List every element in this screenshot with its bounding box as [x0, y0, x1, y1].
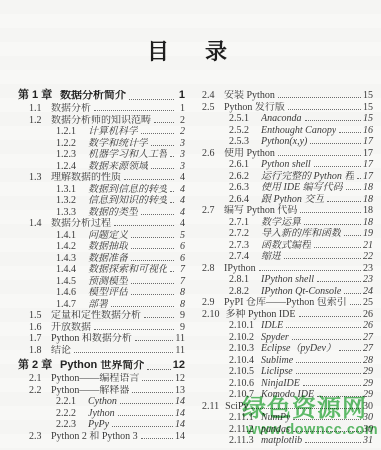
dot-leader [259, 270, 361, 271]
toc-entry: 1.4.6模型评估8 [18, 287, 185, 299]
toc-entry-page: 12 [175, 373, 185, 384]
toc-entry-title: 数据的类型 [88, 207, 138, 218]
toc-entry-title: 数据抽取 [88, 241, 128, 252]
dot-leader [314, 166, 361, 167]
toc-entry: 2.2Python——解释器13 [18, 385, 185, 397]
toc-entry: 1.2数据分析师的知识范畴2 [18, 115, 185, 127]
toc-entry: 2.10多种 Python IDE26 [191, 309, 373, 321]
toc-entry-title: 理解数据的性质 [51, 172, 121, 183]
toc-entry-title: 开放数据 [51, 322, 91, 333]
toc-entry-page: 17 [363, 136, 373, 147]
toc-entry: 2.2.3PyPy14 [18, 419, 185, 431]
toc-entry: 2.5Python 发行版15 [191, 102, 373, 114]
toc-entry: 2.5.1Anaconda15 [191, 113, 373, 125]
toc-entry: 2.6.1Python shell17 [191, 159, 373, 171]
toc-entry-title: 数据分析师的知识范畴 [51, 115, 151, 126]
toc-entry: 2.6.2运行完整的 Python 程序17 [191, 171, 373, 183]
toc-entry-number: 2.8 [202, 263, 218, 274]
toc-entry-page: 26 [363, 309, 373, 320]
toc-entry-page: 7 [176, 264, 185, 275]
toc-page: 目 录 第 1 章数据分析简介11.1数据分析11.2数据分析师的知识范畴21.… [0, 0, 381, 450]
toc-entry: 2.9PyPI 仓库——Python 包索引25 [191, 297, 373, 309]
toc-entry: 2.7.4缩进22 [191, 251, 373, 263]
dot-leader [284, 258, 361, 259]
dot-leader [131, 237, 174, 238]
toc-entry: 2.7.2导入新的库和函数19 [191, 228, 373, 240]
toc-entry-number: 1.3.3 [56, 207, 82, 218]
toc-entry-title: Python——编程语言 [51, 373, 139, 384]
toc-entry-number: 1.5 [29, 310, 45, 321]
toc-entry-title: 使用 IDE 编写代码 [261, 182, 343, 193]
toc-entry-number: 1.4.7 [56, 299, 82, 310]
toc-entry: 2.7.3函数式编程21 [191, 240, 373, 252]
toc-entry-number: 2.10.4 [229, 355, 255, 366]
toc-entry-title: Python 发行版 [224, 102, 285, 113]
toc-entry: 1.3.1数据到信息的转变4 [18, 184, 185, 196]
toc-entry: 1.7Python 和数据分析11 [18, 333, 185, 345]
toc-entry: 1.2.2数学和统计学3 [18, 138, 185, 150]
toc-entry-page: 13 [175, 385, 185, 396]
toc-entry: 2.6.4跟 Python 交互18 [191, 194, 373, 206]
toc-entry: 2.6.3使用 IDE 编写代码18 [191, 182, 373, 194]
toc-entry-number: 2.5.1 [229, 113, 255, 124]
toc-entry: 1.4数据分析过程4 [18, 218, 185, 230]
dot-leader [286, 327, 361, 328]
toc-entry: 1.1数据分析1 [18, 103, 185, 115]
toc-entry-number: 2.2 [29, 385, 45, 396]
toc-entry: 1.6开放数据9 [18, 322, 185, 334]
toc-entry: 1.3.3数据的类型4 [18, 207, 185, 219]
dot-leader [141, 438, 173, 439]
toc-entry-number: 2.7.4 [229, 251, 255, 262]
toc-entry-page: 29 [363, 366, 373, 377]
toc-entry: 2.10.5Liclipse29 [191, 366, 373, 378]
toc-entry-page: 24 [363, 286, 373, 297]
toc-entry: 2.5.3Python(x,y)17 [191, 136, 373, 148]
toc-entry-title: 运行完整的 Python 程序 [261, 171, 354, 182]
dot-leader [151, 145, 174, 146]
dot-leader [74, 352, 173, 353]
toc-entry-page: 4 [176, 184, 185, 195]
toc-entry: 1.4.2数据抽取6 [18, 241, 185, 253]
dot-leader [314, 247, 361, 248]
toc-entry-number: 1.4.5 [56, 276, 82, 287]
toc-entry-title: 导入新的库和函数 [261, 228, 341, 239]
toc-entry-number: 1.3.2 [56, 195, 82, 206]
dot-leader [317, 281, 361, 282]
toc-entry-title: Cython [88, 396, 117, 407]
dot-leader [111, 306, 174, 307]
dot-leader [131, 294, 174, 295]
toc-entry-title: 数据分析 [51, 103, 91, 114]
toc-entry-page: 8 [176, 287, 185, 298]
toc-entry-title: Eclipse（pyDev） [261, 343, 336, 354]
toc-entry-title: 结论 [51, 345, 71, 356]
toc-entry-page: 18 [363, 182, 373, 193]
toc-entry-title: 缩进 [261, 251, 281, 262]
dot-leader [131, 260, 174, 261]
toc-entry-page: 29 [363, 378, 373, 389]
toc-entry-title: 数据来源领域 [88, 161, 148, 172]
dot-leader [142, 380, 173, 381]
toc-entry-title: 问题定义 [88, 230, 128, 241]
toc-entry: 1.2.3机器学习和人工智能3 [18, 149, 185, 161]
toc-entry-page: 3 [176, 138, 185, 149]
toc-entry-page: 6 [176, 241, 185, 252]
toc-entry-page: 21 [363, 240, 373, 251]
dot-leader [278, 155, 361, 156]
toc-entry-page: 2 [176, 115, 185, 126]
toc-entry: 1.5定量和定性数据分析9 [18, 310, 185, 322]
toc-entry: 2.7编写 Python 代码18 [191, 205, 373, 217]
toc-entry-page: 27 [363, 343, 373, 354]
dot-leader [94, 329, 174, 330]
toc-entry-page: 8 [176, 299, 185, 310]
toc-entry-title: Liclipse [261, 366, 293, 377]
toc-entry-page: 28 [363, 355, 373, 366]
toc-entry: 2.10.2Spyder27 [191, 332, 373, 344]
dot-leader [344, 293, 361, 294]
toc-entry-title: 定量和定性数据分析 [51, 310, 141, 321]
toc-entry-page: 14 [175, 408, 185, 419]
toc-entry-number: 2.10.2 [229, 332, 255, 343]
toc-entry: 2.10.3Eclipse（pyDev）27 [191, 343, 373, 355]
toc-entry: 1.3.2信息到知识的转变4 [18, 195, 185, 207]
toc-entry: 2.7.1数学运算18 [191, 217, 373, 229]
toc-entry-title: Anaconda [261, 113, 302, 124]
toc-entry-number: 第 2 章 [18, 360, 54, 371]
toc-entry-page: 14 [175, 431, 185, 442]
toc-entry-number: 1.2.4 [56, 161, 82, 172]
toc-entry: 1.4.7部署8 [18, 299, 185, 311]
toc-entry-number: 1.7 [29, 333, 45, 344]
dot-leader [131, 283, 174, 284]
toc-entry-page: 30 [363, 424, 373, 435]
dot-leader [292, 339, 361, 340]
toc-entry-page: 18 [363, 217, 373, 228]
toc-entry-page: 15 [363, 102, 373, 113]
dot-leader [350, 304, 361, 305]
toc-entry-page: 23 [363, 263, 373, 274]
toc-entry-number: 1.1 [29, 103, 45, 114]
toc-entry-title: 数据分析过程 [51, 218, 111, 229]
dot-leader [278, 97, 361, 98]
toc-entry: 1.3理解数据的性质4 [18, 172, 185, 184]
toc-entry-page: 31 [363, 435, 373, 446]
toc-entry-title: 函数式编程 [261, 240, 311, 251]
toc-entry-number: 2.2.1 [56, 396, 82, 407]
toc-entry-number: 1.4.3 [56, 253, 82, 264]
dot-leader [300, 212, 361, 213]
toc-entry: 第 2 章Python 世界简介12 [18, 360, 185, 373]
dot-leader [251, 408, 361, 409]
dot-leader [114, 225, 174, 226]
toc-entry-page: 18 [363, 194, 373, 205]
toc-entry-page: 17 [363, 171, 373, 182]
toc-entry-page: 11 [175, 333, 185, 344]
toc-entry: 2.11.3matplotlib31 [191, 435, 373, 447]
toc-entry-number: 2.6 [202, 148, 218, 159]
toc-entry: 1.8结论11 [18, 345, 185, 357]
dot-leader [296, 362, 361, 363]
toc-entry-number: 1.2.1 [56, 126, 82, 137]
toc-entry-title: 计算机科学 [88, 126, 138, 137]
toc-entry-number: 2.2.2 [56, 408, 82, 419]
toc-entry-number: 2.10.1 [229, 320, 255, 331]
toc-entry-page: 2 [176, 126, 185, 137]
toc-entry-title: Jython [88, 408, 115, 419]
toc-entry-number: 2.2.3 [56, 419, 82, 430]
toc-entry-number: 1.3 [29, 172, 45, 183]
toc-entry-number: 2.10.5 [229, 366, 255, 377]
toc-entry-page: 3 [176, 161, 185, 172]
toc-entry-title: 数学和统计学 [88, 138, 148, 149]
toc-entry-number: 1.2 [29, 115, 45, 126]
toc-entry: 2.8.1IPython shell23 [191, 274, 373, 286]
toc-entry-page: 27 [363, 332, 373, 343]
dot-leader [293, 419, 361, 420]
toc-entry-number: 1.4 [29, 218, 45, 229]
toc-columns: 第 1 章数据分析简介11.1数据分析11.2数据分析师的知识范畴21.2.1计… [0, 90, 381, 447]
dot-leader [147, 369, 170, 370]
dot-leader [94, 110, 174, 111]
toc-entry-number: 2.7.2 [229, 228, 255, 239]
dot-leader [141, 214, 174, 215]
toc-entry-number: 2.11.1 [229, 412, 255, 423]
toc-entry-title: 机器学习和人工智能 [88, 149, 167, 160]
dot-leader [305, 442, 361, 443]
toc-entry-page: 5 [176, 230, 185, 241]
toc-entry-title: SciPy [225, 401, 248, 412]
dot-leader [118, 415, 173, 416]
dot-leader [129, 99, 174, 100]
toc-entry-title: IPython [224, 263, 256, 274]
toc-entry-title: Sublime [261, 355, 293, 366]
dot-leader [170, 191, 174, 192]
toc-entry-number: 2.1 [29, 373, 45, 384]
toc-entry: 第 1 章数据分析简介1 [18, 90, 185, 103]
toc-entry-title: 安装 Python [224, 90, 275, 101]
toc-entry-number: 2.8.1 [229, 274, 255, 285]
toc-entry-page: 12 [173, 360, 185, 371]
toc-entry-title: Python 和数据分析 [51, 333, 132, 344]
toc-entry-title: 数据探索和可视化 [88, 264, 167, 275]
toc-entry-title: Spyder [261, 332, 289, 343]
toc-entry-page: 3 [176, 149, 185, 160]
toc-entry-title: 数学运算 [261, 217, 301, 228]
dot-leader [135, 340, 174, 341]
toc-entry: 2.11SciPy30 [191, 401, 373, 413]
dot-leader [339, 350, 361, 351]
dot-leader [124, 179, 174, 180]
dot-leader [293, 431, 361, 432]
toc-column-left: 第 1 章数据分析简介11.1数据分析11.2数据分析师的知识范畴21.2.1计… [18, 90, 185, 447]
toc-entry-page: 1 [176, 90, 185, 101]
toc-entry-title: IPython Qt-Console [261, 286, 341, 297]
toc-entry-title: pandas [261, 424, 290, 435]
toc-entry-page: 29 [363, 389, 373, 400]
toc-entry: 2.2.1Cython14 [18, 396, 185, 408]
toc-entry-title: Komodo IDE [261, 389, 314, 400]
dot-leader [170, 202, 174, 203]
toc-entry-page: 4 [176, 218, 185, 229]
toc-entry-number: 2.11.2 [229, 424, 255, 435]
toc-entry-page: 19 [363, 228, 373, 239]
dot-leader [120, 403, 173, 404]
toc-entry-number: 2.6.3 [229, 182, 255, 193]
toc-entry-number: 1.6 [29, 322, 45, 333]
toc-entry-number: 2.11 [202, 401, 219, 412]
toc-entry-number: 1.4.4 [56, 264, 82, 275]
toc-entry: 2.1Python——编程语言12 [18, 373, 185, 385]
toc-entry-number: 2.6.1 [229, 159, 255, 170]
dot-leader [310, 143, 361, 144]
toc-entry-number: 2.8.2 [229, 286, 255, 297]
toc-entry-page: 4 [176, 195, 185, 206]
toc-entry-number: 2.5.2 [229, 125, 255, 136]
toc-entry: 2.10.4Sublime28 [191, 355, 373, 367]
toc-entry-number: 2.10 [202, 309, 220, 320]
toc-entry-page: 6 [176, 253, 185, 264]
toc-entry-page: 14 [175, 419, 185, 430]
toc-entry-number: 2.7 [202, 205, 218, 216]
toc-entry-number: 2.6.4 [229, 194, 255, 205]
toc-entry-title: 编写 Python 代码 [224, 205, 297, 216]
toc-entry-page: 14 [175, 396, 185, 407]
toc-entry-title: Python——解释器 [51, 385, 129, 396]
toc-entry-title: 模型评估 [88, 287, 128, 298]
toc-entry-page: 23 [363, 274, 373, 285]
toc-entry-page: 22 [363, 251, 373, 262]
toc-entry: 1.4.1问题定义5 [18, 230, 185, 242]
dot-leader [357, 178, 361, 179]
toc-entry-number: 1.4.1 [56, 230, 82, 241]
toc-entry-page: 15 [363, 90, 373, 101]
toc-entry-number: 2.9 [202, 297, 218, 308]
toc-entry-title: PyPy [88, 419, 109, 430]
toc-entry-title: Python shell [261, 159, 311, 170]
toc-entry: 2.4安装 Python15 [191, 90, 373, 102]
toc-entry-number: 2.3 [29, 431, 45, 442]
dot-leader [346, 189, 361, 190]
toc-entry-page: 17 [363, 148, 373, 159]
toc-entry: 2.8.2IPython Qt-Console24 [191, 286, 373, 298]
toc-entry-title: matplotlib [261, 435, 302, 446]
toc-entry: 1.2.4数据来源领域3 [18, 161, 185, 173]
toc-entry-number: 2.10.6 [229, 378, 255, 389]
toc-entry: 2.11.1NumPy30 [191, 412, 373, 424]
toc-entry-number: 1.8 [29, 345, 45, 356]
toc-entry-page: 18 [363, 205, 373, 216]
dot-leader [305, 120, 361, 121]
toc-entry-number: 2.5.3 [229, 136, 255, 147]
dot-leader [304, 224, 361, 225]
dot-leader [288, 109, 361, 110]
toc-entry-number: 第 1 章 [18, 90, 54, 101]
toc-entry-number: 1.3.1 [56, 184, 82, 195]
toc-entry-number: 2.7.3 [229, 240, 255, 251]
toc-entry-page: 25 [363, 297, 373, 308]
dot-leader [170, 271, 174, 272]
toc-entry: 2.6使用 Python17 [191, 148, 373, 160]
toc-entry-page: 4 [176, 172, 185, 183]
toc-entry-page: 7 [176, 276, 185, 287]
toc-entry-title: 使用 Python [224, 148, 275, 159]
toc-entry: 2.10.6NinjaIDE29 [191, 378, 373, 390]
toc-entry: 1.2.1计算机科学2 [18, 126, 185, 138]
dot-leader [303, 385, 361, 386]
toc-entry-page: 15 [363, 113, 373, 124]
toc-entry-number: 2.10.7 [229, 389, 255, 400]
toc-entry-title: NinjaIDE [261, 378, 300, 389]
toc-entry: 2.3Python 2 和 Python 314 [18, 431, 185, 443]
toc-entry-number: 2.4 [202, 90, 218, 101]
dot-leader [299, 316, 362, 317]
toc-entry-title: PyPI 仓库——Python 包索引 [224, 297, 347, 308]
toc-entry-number: 2.6.2 [229, 171, 255, 182]
toc-entry: 2.10.1IDLE26 [191, 320, 373, 332]
toc-entry-title: 多种 Python IDE [226, 309, 296, 320]
dot-leader [112, 426, 173, 427]
dot-leader [296, 373, 361, 374]
toc-entry-number: 2.11.3 [229, 435, 255, 446]
dot-leader [344, 235, 361, 236]
toc-entry-page: 30 [363, 412, 373, 423]
toc-entry-title: 数据到信息的转变 [88, 184, 167, 195]
dot-leader [170, 156, 174, 157]
toc-entry-number: 2.7.1 [229, 217, 255, 228]
toc-entry-page: 30 [363, 401, 373, 412]
toc-entry-title: NumPy [261, 412, 290, 423]
toc-entry: 2.10.7Komodo IDE29 [191, 389, 373, 401]
toc-entry-number: 1.4.2 [56, 241, 82, 252]
dot-leader [327, 201, 361, 202]
toc-entry: 1.4.3数据准备6 [18, 253, 185, 265]
toc-entry-number: 1.2.3 [56, 149, 82, 160]
toc-entry-number: 1.4.6 [56, 287, 82, 298]
toc-entry-title: 数据分析简介 [60, 90, 126, 101]
toc-entry: 2.8IPython23 [191, 263, 373, 275]
toc-entry-title: Enthought Canopy [261, 125, 336, 136]
toc-column-right: 2.4安装 Python152.5Python 发行版152.5.1Anacon… [191, 90, 373, 447]
toc-entry-page: 26 [363, 320, 373, 331]
page-title: 目 录 [0, 0, 381, 62]
dot-leader [144, 317, 174, 318]
toc-entry-page: 4 [176, 207, 185, 218]
toc-entry-page: 9 [176, 310, 185, 321]
toc-entry-page: 11 [175, 345, 185, 356]
toc-entry: 1.4.4数据探索和可视化7 [18, 264, 185, 276]
dot-leader [151, 168, 174, 169]
toc-entry-title: 预测模型 [88, 276, 128, 287]
toc-entry-page: 9 [176, 322, 185, 333]
toc-entry-title: IDLE [261, 320, 283, 331]
toc-entry: 1.4.5预测模型7 [18, 276, 185, 288]
dot-leader [141, 133, 174, 134]
toc-entry-page: 17 [363, 159, 373, 170]
toc-entry-page: 16 [363, 125, 373, 136]
dot-leader [339, 132, 361, 133]
dot-leader [131, 248, 174, 249]
toc-entry: 2.2.2Jython14 [18, 408, 185, 420]
toc-entry-title: Python 世界简介 [60, 360, 144, 371]
toc-entry-number: 1.2.2 [56, 138, 82, 149]
toc-entry-title: 部署 [88, 299, 108, 310]
toc-entry-title: Python 2 和 Python 3 [51, 431, 138, 442]
toc-entry-number: 2.5 [202, 102, 218, 113]
toc-entry-title: 数据准备 [88, 253, 128, 264]
dot-leader [154, 122, 174, 123]
